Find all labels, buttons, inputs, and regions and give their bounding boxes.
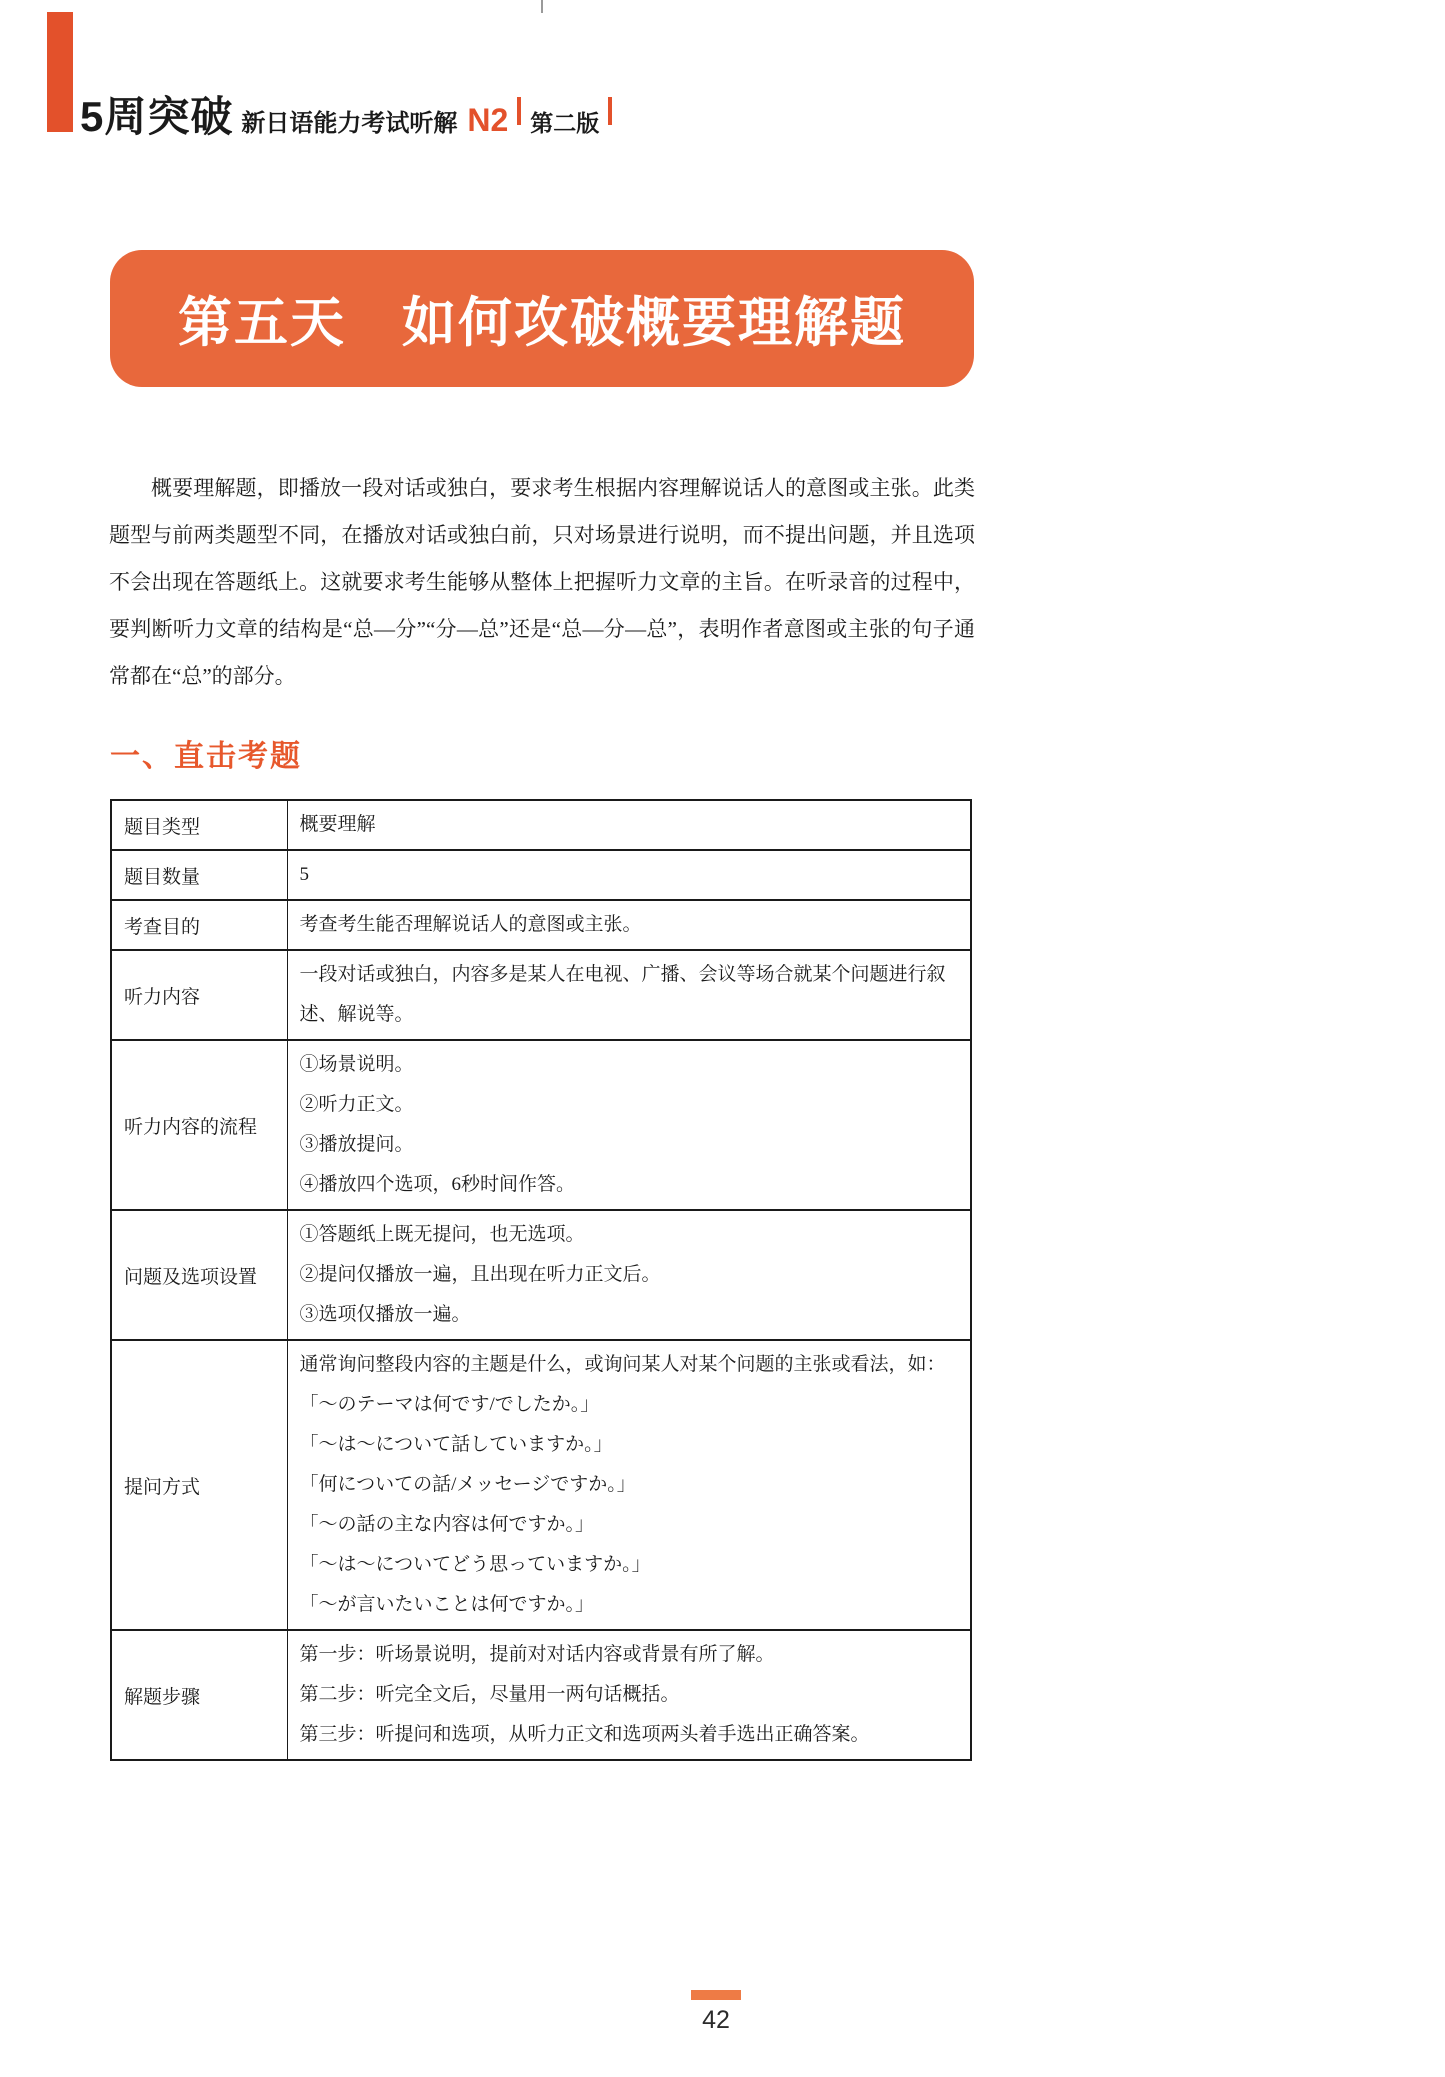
- row-value: ①答题纸上既无提问，也无选项。②提问仅播放一遍，且出现在听力正文后。③选项仅播放…: [287, 1210, 971, 1340]
- series-title: 5周突破: [80, 84, 233, 144]
- intro-paragraph: 概要理解题，即播放一段对话或独白，要求考生根据内容理解说话人的意图或主张。此类题…: [109, 465, 975, 700]
- chapter-title: 第五天 如何攻破概要理解题: [178, 280, 906, 357]
- cell-line: 考查考生能否理解说话人的意图或主张。: [300, 905, 959, 945]
- row-value: ①场景说明。②听力正文。③播放提问。④播放四个选项，6秒时间作答。: [287, 1040, 971, 1210]
- row-value: 概要理解: [287, 800, 971, 850]
- section-heading: 一、直击考题: [110, 731, 302, 775]
- series-level: N2: [467, 102, 508, 139]
- cell-line: 一段对话或独白，内容多是某人在电视、广播、会议等场合就某个问题进行叙: [300, 955, 959, 995]
- cell-line: ③选项仅播放一遍。: [300, 1295, 959, 1335]
- cell-line: 「～が言いたいことは何ですか。」: [300, 1585, 959, 1625]
- cell-line: 「～は～についてどう思っていますか。」: [300, 1545, 959, 1585]
- running-head: 5周突破 新日语能力考试听解 N2 第二版: [80, 84, 621, 134]
- row-value: 5: [287, 850, 971, 900]
- cell-line: 「何についての話/メッセージですか。」: [300, 1465, 959, 1505]
- spec-table: 题目类型 概要理解 题目数量 5 考查目的 考查考生能否理解说话人的意图或主张。…: [110, 799, 972, 1761]
- cell-line: ②提问仅播放一遍，且出现在听力正文后。: [300, 1255, 959, 1295]
- cell-line: 第二步：听完全文后，尽量用一两句话概括。: [300, 1675, 959, 1715]
- row-value: 一段对话或独白，内容多是某人在电视、广播、会议等场合就某个问题进行叙述、解说等。: [287, 950, 971, 1040]
- cell-line: 「～は～について話していますか。」: [300, 1425, 959, 1465]
- table-row: 提问方式 通常询问整段内容的主题是什么，或询问某人对某个问题的主张或看法，如：「…: [111, 1340, 971, 1630]
- separator-bar: [608, 97, 612, 125]
- cell-line: ③播放提问。: [300, 1125, 959, 1165]
- row-label: 题目数量: [111, 850, 287, 900]
- crop-mark: [541, 0, 543, 13]
- table-row: 解题步骤 第一步：听场景说明，提前对对话内容或背景有所了解。第二步：听完全文后，…: [111, 1630, 971, 1760]
- header-accent-bar: [47, 12, 73, 132]
- table-row: 题目数量 5: [111, 850, 971, 900]
- cell-line: ①答题纸上既无提问，也无选项。: [300, 1215, 959, 1255]
- table-row: 问题及选项设置 ①答题纸上既无提问，也无选项。②提问仅播放一遍，且出现在听力正文…: [111, 1210, 971, 1340]
- footer-accent-bar: [691, 1990, 741, 2000]
- cell-line: ①场景说明。: [300, 1045, 959, 1085]
- spec-table-body: 题目类型 概要理解 题目数量 5 考查目的 考查考生能否理解说话人的意图或主张。…: [111, 800, 971, 1760]
- cell-line: ④播放四个选项，6秒时间作答。: [300, 1165, 959, 1205]
- row-value: 通常询问整段内容的主题是什么，或询问某人对某个问题的主张或看法，如：「～のテーマ…: [287, 1340, 971, 1630]
- series-subtitle: 新日语能力考试听解: [241, 103, 457, 138]
- row-label: 听力内容: [111, 950, 287, 1040]
- cell-line: 「～のテーマは何です/でしたか。」: [300, 1385, 959, 1425]
- separator-bar: [517, 97, 521, 125]
- cell-line: 概要理解: [300, 805, 959, 845]
- row-label: 解题步骤: [111, 1630, 287, 1760]
- row-label: 题目类型: [111, 800, 287, 850]
- table-row: 听力内容 一段对话或独白，内容多是某人在电视、广播、会议等场合就某个问题进行叙述…: [111, 950, 971, 1040]
- series-edition: 第二版: [530, 105, 599, 138]
- row-value: 第一步：听场景说明，提前对对话内容或背景有所了解。第二步：听完全文后，尽量用一两…: [287, 1630, 971, 1760]
- cell-line: 5: [300, 855, 959, 895]
- cell-line: 「～の話の主な内容は何ですか。」: [300, 1505, 959, 1545]
- row-label: 提问方式: [111, 1340, 287, 1630]
- row-label: 问题及选项设置: [111, 1210, 287, 1340]
- cell-line: 通常询问整段内容的主题是什么，或询问某人对某个问题的主张或看法，如：: [300, 1345, 959, 1385]
- row-value: 考查考生能否理解说话人的意图或主张。: [287, 900, 971, 950]
- cell-line: 述、解说等。: [300, 995, 959, 1035]
- table-row: 题目类型 概要理解: [111, 800, 971, 850]
- row-label: 考查目的: [111, 900, 287, 950]
- book-page: 5周突破 新日语能力考试听解 N2 第二版 第五天 如何攻破概要理解题 概要理解…: [0, 0, 1445, 2077]
- row-label: 听力内容的流程: [111, 1040, 287, 1210]
- table-row: 考查目的 考查考生能否理解说话人的意图或主张。: [111, 900, 971, 950]
- table-row: 听力内容的流程 ①场景说明。②听力正文。③播放提问。④播放四个选项，6秒时间作答…: [111, 1040, 971, 1210]
- page-number: 42: [666, 2006, 766, 2035]
- cell-line: ②听力正文。: [300, 1085, 959, 1125]
- cell-line: 第一步：听场景说明，提前对对话内容或背景有所了解。: [300, 1635, 959, 1675]
- cell-line: 第三步：听提问和选项，从听力正文和选项两头着手选出正确答案。: [300, 1715, 959, 1755]
- chapter-banner: 第五天 如何攻破概要理解题: [110, 250, 974, 387]
